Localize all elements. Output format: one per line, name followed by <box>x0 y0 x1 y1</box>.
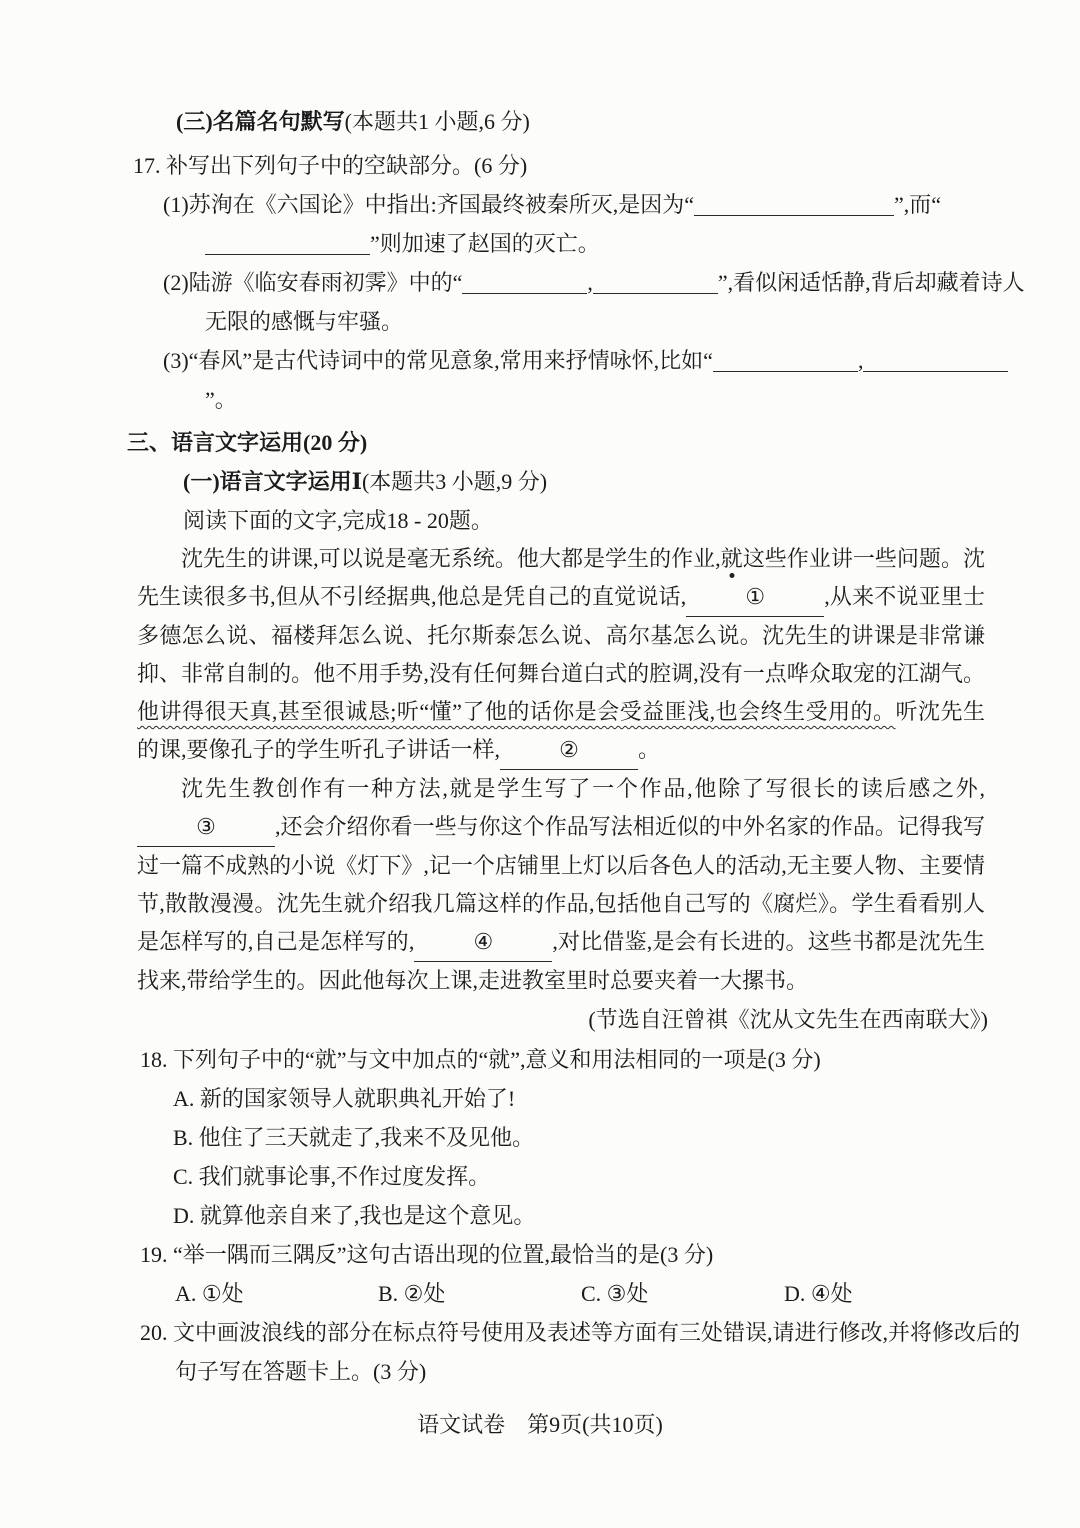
numbered-blank-3: ③ <box>137 808 275 847</box>
emphasis-dot-char: 就 <box>721 548 743 570</box>
passage-attribution: (节选自汪曾祺《沈从文先生在西南联大》) <box>0 1000 988 1040</box>
section-c-title: (三)名篇名句默写 <box>176 109 345 134</box>
q18-option-a: A. 新的国家领导人就职典礼开始了! <box>173 1079 1080 1118</box>
q17-item1-answer-blank-2 <box>205 241 370 255</box>
p2-text-1: 沈先生教创作有一种方法,就是学生写了一个作品,他除了写很长的读后感之外, <box>181 776 985 801</box>
q17-item3-answer-blank-2 <box>863 358 1008 372</box>
wavy-underlined-sentence: 他讲得很天真,甚至很诚恳;听“懂”了他的话你是会受益匪浅,也会终生受用的。 <box>137 699 896 724</box>
q17-item2-answer-blank-2 <box>593 280 718 294</box>
numbered-blank-2: ② <box>500 731 638 770</box>
q17-item1-answer-blank-1 <box>694 202 894 216</box>
q19-options-row: A. ①处B. ②处C. ③处D. ④处 <box>175 1274 1080 1313</box>
q19-option-a: A. ①处 <box>175 1274 378 1313</box>
q17-item3-text-pre: (3)“春风”是古代诗词中的常见意象,常用来抒情咏怀,比如“ <box>163 348 713 373</box>
q17-item-2: (2)陆游《临安春雨初霁》中的“,”,看似闲适恬静,背后却藏着诗人无限的感慨与牢… <box>163 263 1040 341</box>
numbered-blank-1: ① <box>686 578 824 617</box>
q20-stem: 20. 文中画波浪线的部分在标点符号使用及表述等方面有三处错误,请进行修改,并将… <box>140 1313 1025 1391</box>
q17-item2-text-pre: (2)陆游《临安春雨初霁》中的“ <box>163 270 462 295</box>
passage-instruction: 阅读下面的文字,完成18 - 20题。 <box>183 501 1080 540</box>
q18-option-b: B. 他住了三天就走了,我来不及见他。 <box>173 1118 1080 1157</box>
p1-text-5: 。 <box>638 737 660 762</box>
q17-item3-answer-blank-1 <box>713 358 858 372</box>
subsection-1-meta: (本题共3 小题,9 分) <box>362 469 547 494</box>
q19-stem: 19. “举一隅而三隅反”这句古语出现的位置,最恰当的是(3 分) <box>140 1235 1030 1274</box>
q17-item3-text-post: ”。 <box>205 387 237 412</box>
section-3-heading: 三、语言文字运用(20 分) <box>127 423 1080 462</box>
q19-option-d: D. ④处 <box>784 1274 853 1313</box>
numbered-blank-4: ④ <box>414 923 552 962</box>
q17-item1-text-mid: ”,而“ <box>894 192 941 217</box>
q19-option-c: C. ③处 <box>581 1274 784 1313</box>
section-c-meta: (本题共1 小题,6 分) <box>345 109 530 134</box>
q19-option-b: B. ②处 <box>378 1274 581 1313</box>
passage-paragraph-2: 沈先生教创作有一种方法,就是学生写了一个作品,他除了写很长的读后感之外,③,还会… <box>137 770 985 1000</box>
p1-text-1: 沈先生的讲课,可以说是毫无系统。他大都是学生的作业, <box>181 546 721 571</box>
section-c-heading: (三)名篇名句默写(本题共1 小题,6 分) <box>176 102 1080 141</box>
exam-paper-page: (三)名篇名句默写(本题共1 小题,6 分) 17. 补写出下列句子中的空缺部分… <box>0 0 1080 1528</box>
q17-item1-text-post: ”则加速了赵国的灭亡。 <box>370 231 600 256</box>
q18-option-c: C. 我们就事论事,不作过度发挥。 <box>173 1157 1080 1196</box>
page-footer: 语文试卷 第9页(共10页) <box>0 1405 1080 1444</box>
passage-paragraph-1: 沈先生的讲课,可以说是毫无系统。他大都是学生的作业,就这些作业讲一些问题。沈先生… <box>137 540 985 770</box>
q18-stem: 18. 下列句子中的“就”与文中加点的“就”,意义和用法相同的一项是(3 分) <box>140 1040 1030 1079</box>
q17-item-3: (3)“春风”是古代诗词中的常见意象,常用来抒情咏怀,比如“,”。 <box>163 341 1040 419</box>
subsection-1-heading: (一)语言文字运用Ⅰ(本题共3 小题,9 分) <box>183 462 1080 501</box>
subsection-1-title: (一)语言文字运用Ⅰ <box>183 469 362 494</box>
q17-item1-text-pre: (1)苏洵在《六国论》中指出:齐国最终被秦所灭,是因为“ <box>163 192 694 217</box>
q18-option-d: D. 就算他亲自来了,我也是这个意见。 <box>173 1196 1080 1235</box>
q17-stem: 17. 补写出下列句子中的空缺部分。(6 分) <box>133 146 1080 185</box>
q17-item-1: (1)苏洵在《六国论》中指出:齐国最终被秦所灭,是因为“”,而“”则加速了赵国的… <box>163 185 1040 263</box>
q17-item2-answer-blank-1 <box>462 280 587 294</box>
